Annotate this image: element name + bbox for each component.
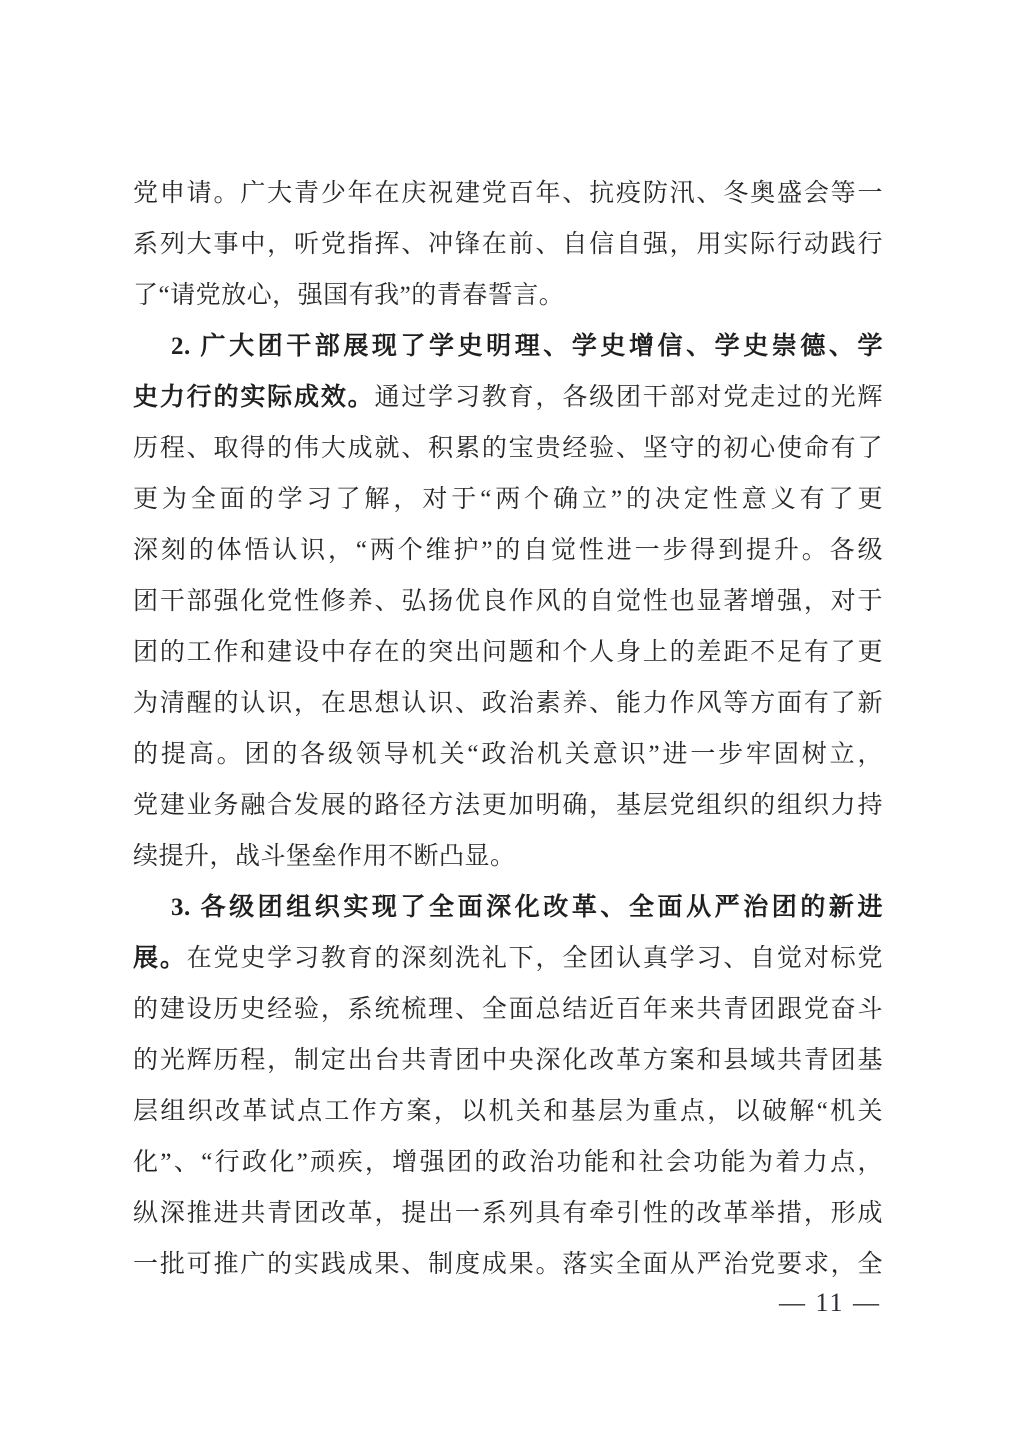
body-text: 续提升，战斗堡垒作用不断凸显。 bbox=[133, 843, 516, 870]
page-number: — 11 — bbox=[770, 1288, 890, 1318]
body-text: 团干部强化党性修养、弘扬优良作风的自觉性也显著增强，对于 bbox=[133, 588, 883, 615]
text-line: 3. 各级团组织实现了全面深化改革、全面从严治团的新进 bbox=[133, 882, 883, 933]
text-line: 的光辉历程，制定出台共青团中央深化改革方案和县域共青团基 bbox=[133, 1035, 883, 1086]
text-line: 纵深推进共青团改革，提出一系列具有牵引性的改革举措，形成 bbox=[133, 1188, 883, 1239]
body-text: 更为全面的学习了解，对于“两个确立”的决定性意义有了更 bbox=[133, 486, 883, 513]
text-line: 史力行的实际成效。通过学习教育，各级团干部对党走过的光辉 bbox=[133, 372, 883, 423]
text-line: 历程、取得的伟大成就、积累的宝贵经验、坚守的初心使命有了 bbox=[133, 423, 883, 474]
text-line: 为清醒的认识，在思想认识、政治素养、能力作风等方面有了新 bbox=[133, 678, 883, 729]
heading-text: 2. 广大团干部展现了学史明理、学史增信、学史崇德、学 bbox=[171, 333, 883, 360]
document-body: 党申请。广大青少年在庆祝建党百年、抗疫防汛、冬奥盛会等一系列大事中，听党指挥、冲… bbox=[133, 168, 883, 1290]
body-text: 团的工作和建设中存在的突出问题和个人身上的差距不足有了更 bbox=[133, 639, 883, 666]
text-line: 层组织改革试点工作方案，以机关和基层为重点，以破解“机关 bbox=[133, 1086, 883, 1137]
body-text: 系列大事中，听党指挥、冲锋在前、自信自强，用实际行动践行 bbox=[133, 231, 883, 258]
text-line: 的建设历史经验，系统梳理、全面总结近百年来共青团跟党奋斗 bbox=[133, 984, 883, 1035]
text-line: 续提升，战斗堡垒作用不断凸显。 bbox=[133, 831, 883, 882]
body-text: 的提高。团的各级领导机关“政治机关意识”进一步牢固树立， bbox=[133, 741, 883, 768]
text-line: 团干部强化党性修养、弘扬优良作风的自觉性也显著增强，对于 bbox=[133, 576, 883, 627]
text-line: 化”、“行政化”顽疾，增强团的政治功能和社会功能为着力点， bbox=[133, 1137, 883, 1188]
heading-text: 展。 bbox=[133, 945, 187, 972]
text-line: 展。在党史学习教育的深刻洗礼下，全团认真学习、自觉对标党 bbox=[133, 933, 883, 984]
body-text: 历程、取得的伟大成就、积累的宝贵经验、坚守的初心使命有了 bbox=[133, 435, 883, 462]
body-text: 层组织改革试点工作方案，以机关和基层为重点，以破解“机关 bbox=[133, 1098, 883, 1125]
body-text: 为清醒的认识，在思想认识、政治素养、能力作风等方面有了新 bbox=[133, 690, 883, 717]
body-text: 的光辉历程，制定出台共青团中央深化改革方案和县域共青团基 bbox=[133, 1047, 883, 1074]
text-line: 2. 广大团干部展现了学史明理、学史增信、学史崇德、学 bbox=[133, 321, 883, 372]
body-text: 一批可推广的实践成果、制度成果。落实全面从严治党要求，全 bbox=[133, 1251, 883, 1278]
text-line: 党申请。广大青少年在庆祝建党百年、抗疫防汛、冬奥盛会等一 bbox=[133, 168, 883, 219]
body-text: 深刻的体悟认识，“两个维护”的自觉性进一步得到提升。各级 bbox=[133, 537, 883, 564]
text-line: 团的工作和建设中存在的突出问题和个人身上的差距不足有了更 bbox=[133, 627, 883, 678]
body-text: 化”、“行政化”顽疾，增强团的政治功能和社会功能为着力点， bbox=[133, 1149, 883, 1176]
text-line: 深刻的体悟认识，“两个维护”的自觉性进一步得到提升。各级 bbox=[133, 525, 883, 576]
text-line: 更为全面的学习了解，对于“两个确立”的决定性意义有了更 bbox=[133, 474, 883, 525]
heading-text: 3. 各级团组织实现了全面深化改革、全面从严治团的新进 bbox=[171, 894, 883, 921]
body-text: 了“请党放心，强国有我”的青春誓言。 bbox=[133, 282, 564, 309]
body-text: 党建业务融合发展的路径方法更加明确，基层党组织的组织力持 bbox=[133, 792, 883, 819]
document-page: 党申请。广大青少年在庆祝建党百年、抗疫防汛、冬奥盛会等一系列大事中，听党指挥、冲… bbox=[0, 0, 1024, 1448]
text-line: 系列大事中，听党指挥、冲锋在前、自信自强，用实际行动践行 bbox=[133, 219, 883, 270]
body-text: 在党史学习教育的深刻洗礼下，全团认真学习、自觉对标党 bbox=[187, 945, 883, 972]
body-text: 的建设历史经验，系统梳理、全面总结近百年来共青团跟党奋斗 bbox=[133, 996, 883, 1023]
body-text: 通过学习教育，各级团干部对党走过的光辉 bbox=[375, 384, 883, 411]
text-line: 的提高。团的各级领导机关“政治机关意识”进一步牢固树立， bbox=[133, 729, 883, 780]
text-line: 党建业务融合发展的路径方法更加明确，基层党组织的组织力持 bbox=[133, 780, 883, 831]
body-text: 纵深推进共青团改革，提出一系列具有牵引性的改革举措，形成 bbox=[133, 1200, 883, 1227]
text-line: 一批可推广的实践成果、制度成果。落实全面从严治党要求，全 bbox=[133, 1239, 883, 1290]
text-line: 了“请党放心，强国有我”的青春誓言。 bbox=[133, 270, 883, 321]
heading-text: 史力行的实际成效。 bbox=[133, 384, 375, 411]
body-text: 党申请。广大青少年在庆祝建党百年、抗疫防汛、冬奥盛会等一 bbox=[133, 180, 883, 207]
